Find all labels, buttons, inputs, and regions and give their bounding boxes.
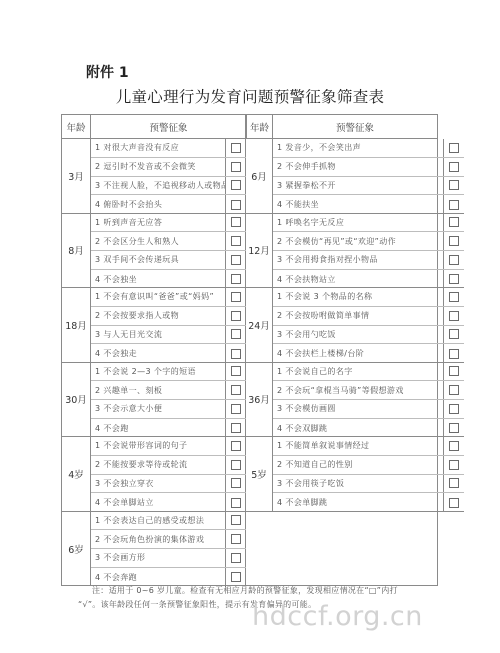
check-cell bbox=[226, 475, 246, 493]
check-cell bbox=[226, 307, 246, 325]
checkbox[interactable] bbox=[231, 515, 241, 525]
checkbox[interactable] bbox=[231, 255, 241, 265]
warning-sign-text: 4 俯卧时不会抬头 bbox=[91, 195, 226, 214]
age-group-left: 18月1 不会有意识叫“爸爸”或“妈妈”2 不会按要求指人或物3 与人无目光交流… bbox=[62, 288, 246, 363]
checkbox[interactable] bbox=[449, 217, 459, 227]
check-cell bbox=[226, 139, 246, 157]
check-cell bbox=[226, 493, 246, 512]
checkbox[interactable] bbox=[231, 349, 241, 359]
sign-row: 4 不会双脚跳 bbox=[273, 419, 464, 438]
checkbox[interactable] bbox=[449, 441, 459, 451]
sign-row: 2 不会模仿“再见”或“欢迎”动作 bbox=[273, 232, 464, 251]
age-label: 6岁 bbox=[62, 512, 91, 587]
warning-sign-text: 2 不会伸手抓物 bbox=[273, 158, 444, 176]
watermark: hdccf.org.cn bbox=[252, 601, 423, 632]
warning-sign-text: 1 对很大声音没有反应 bbox=[91, 139, 226, 157]
age-label: 18月 bbox=[62, 288, 91, 362]
check-cell bbox=[444, 307, 464, 325]
warning-sign-text: 3 不会模仿画圆 bbox=[273, 400, 444, 418]
checkbox[interactable] bbox=[449, 180, 459, 190]
warning-sign-text: 4 不能扶坐 bbox=[273, 195, 444, 214]
age-label: 36月 bbox=[246, 363, 273, 437]
sign-row: 1 不会说 3 个物品的名称 bbox=[273, 288, 464, 307]
warning-sign-text: 1 不会说 3 个物品的名称 bbox=[273, 288, 444, 306]
check-cell bbox=[226, 214, 246, 232]
checkbox[interactable] bbox=[449, 404, 459, 414]
sign-row: 2 不会玩“拿棍当马骑”等假想游戏 bbox=[273, 381, 464, 400]
warning-sign-text: 2 不会区分生人和熟人 bbox=[91, 232, 226, 250]
age-label: 6月 bbox=[246, 139, 273, 213]
warning-sign-text: 2 不知道自己的性别 bbox=[273, 456, 444, 474]
warning-sign-text: 1 不会说带形容词的句子 bbox=[91, 437, 226, 455]
check-cell bbox=[444, 177, 464, 195]
sign-row: 4 不会独走 bbox=[91, 344, 246, 363]
checkbox[interactable] bbox=[231, 200, 241, 210]
sign-row: 1 对很大声音没有反应 bbox=[91, 139, 246, 158]
checkbox[interactable] bbox=[449, 255, 459, 265]
page-title: 儿童心理行为发育问题预警征象筛查表 bbox=[0, 85, 500, 107]
age-group-right: 5岁1 不能简单叙说事情经过2 不知道自己的性别3 不会用筷子吃饭4 不会单脚跳 bbox=[246, 437, 464, 512]
sign-row: 3 双手间不会传递玩具 bbox=[91, 251, 246, 270]
warning-sign-text: 2 不会玩“拿棍当马骑”等假想游戏 bbox=[273, 381, 444, 399]
age-group-right: 24月1 不会说 3 个物品的名称2 不会按吩咐做简单事情3 不会用勺吃饭4 不… bbox=[246, 288, 464, 363]
checkbox[interactable] bbox=[231, 478, 241, 488]
age-group-left: 4岁1 不会说带形容词的句子2 不能按要求等待或轮流3 不会独立穿衣4 不会单脚… bbox=[62, 437, 246, 512]
checkbox[interactable] bbox=[449, 498, 459, 508]
sign-row: 2 不会区分生人和熟人 bbox=[91, 232, 246, 251]
age-group-right: 12月1 呼唤名字无反应2 不会模仿“再见”或“欢迎”动作3 不会用拇食指对捏小… bbox=[246, 214, 464, 289]
age-group-left: 3月1 对很大声音没有反应2 逗引时不发音或不会微笑3 不注视人脸，不追视移动人… bbox=[62, 139, 246, 214]
sign-row: 3 与人无目光交流 bbox=[91, 326, 246, 345]
age-label: 4岁 bbox=[62, 437, 91, 511]
checkbox[interactable] bbox=[231, 460, 241, 470]
age-group-left: 8月1 听到声音无应答2 不会区分生人和熟人3 双手间不会传递玩具4 不会独坐 bbox=[62, 214, 246, 289]
warning-sign-text: 4 不会单脚跳 bbox=[273, 493, 444, 512]
check-cell bbox=[444, 326, 464, 344]
age-label: 5岁 bbox=[246, 437, 273, 511]
check-cell bbox=[226, 177, 246, 195]
warning-sign-text: 4 不会跑 bbox=[91, 419, 226, 438]
warning-sign-text: 1 听到声音无应答 bbox=[91, 214, 226, 232]
warning-sign-text: 2 逗引时不发音或不会微笑 bbox=[91, 158, 226, 176]
check-cell bbox=[226, 400, 246, 418]
sign-row: 1 呼唤名字无反应 bbox=[273, 214, 464, 233]
checkbox[interactable] bbox=[231, 553, 241, 563]
checkbox[interactable] bbox=[231, 498, 241, 508]
check-cell bbox=[226, 288, 246, 306]
sign-row: 1 听到声音无应答 bbox=[91, 214, 246, 233]
sign-row: 1 不会有意识叫“爸爸”或“妈妈” bbox=[91, 288, 246, 307]
checkbox[interactable] bbox=[449, 329, 459, 339]
warning-sign-text: 1 不能简单叙说事情经过 bbox=[273, 437, 444, 455]
sign-row: 2 不会玩角色扮演的集体游戏 bbox=[91, 530, 246, 549]
warning-sign-text: 1 不会表达自己的感受或想法 bbox=[91, 512, 226, 530]
warning-sign-text: 4 不会扶栏上楼梯/台阶 bbox=[273, 344, 444, 363]
warning-sign-text: 4 不会独走 bbox=[91, 344, 226, 363]
warning-sign-text: 3 不会用拇食指对捏小物品 bbox=[273, 251, 444, 269]
check-cell bbox=[226, 232, 246, 250]
footnote-line-1: 注：适用于 0~6 岁儿童。检查有无相应月龄的预警征象，发现相应情况在“□”内打 bbox=[78, 584, 458, 598]
checkbox[interactable] bbox=[231, 423, 241, 433]
warning-sign-text: 2 不会按吩咐做简单事情 bbox=[273, 307, 444, 325]
checkbox[interactable] bbox=[231, 329, 241, 339]
checkbox[interactable] bbox=[231, 404, 241, 414]
sign-row: 1 不会说自己的名字 bbox=[273, 363, 464, 382]
check-cell bbox=[444, 363, 464, 381]
sign-row: 1 不会说 2—3 个字的短语 bbox=[91, 363, 246, 382]
warning-sign-text: 2 不会玩角色扮演的集体游戏 bbox=[91, 530, 226, 548]
sign-row: 4 俯卧时不会抬头 bbox=[91, 195, 246, 214]
warning-sign-text: 2 不能按要求等待或轮流 bbox=[91, 456, 226, 474]
sign-row: 3 不会用拇食指对捏小物品 bbox=[273, 251, 464, 270]
warning-sign-text: 3 双手间不会传递玩具 bbox=[91, 251, 226, 269]
check-cell bbox=[444, 158, 464, 176]
check-cell bbox=[226, 270, 246, 289]
sign-row: 3 不会示意大小便 bbox=[91, 400, 246, 419]
checkbox[interactable] bbox=[231, 441, 241, 451]
left-sign-header: 预警征象 bbox=[91, 115, 246, 139]
right-sign-header: 预警征象 bbox=[273, 115, 437, 139]
age-label: 30月 bbox=[62, 363, 91, 437]
age-label: 12月 bbox=[246, 214, 273, 288]
warning-sign-text: 4 不会扶物站立 bbox=[273, 270, 444, 289]
sign-row: 2 不能按要求等待或轮流 bbox=[91, 456, 246, 475]
sign-row: 2 不会伸手抓物 bbox=[273, 158, 464, 177]
check-cell bbox=[226, 512, 246, 530]
warning-sign-text: 2 不会按要求指人或物 bbox=[91, 307, 226, 325]
sign-row: 2 不知道自己的性别 bbox=[273, 456, 464, 475]
check-cell bbox=[444, 381, 464, 399]
check-cell bbox=[444, 195, 464, 214]
warning-sign-text: 4 不会单脚站立 bbox=[91, 493, 226, 512]
warning-sign-text: 2 不会模仿“再见”或“欢迎”动作 bbox=[273, 232, 444, 250]
sign-row: 3 不会画方形 bbox=[91, 549, 246, 568]
check-cell bbox=[226, 530, 246, 548]
checkbox[interactable] bbox=[449, 385, 459, 395]
check-cell bbox=[444, 288, 464, 306]
checkbox[interactable] bbox=[231, 311, 241, 321]
checkbox[interactable] bbox=[231, 217, 241, 227]
sign-row: 2 逗引时不发音或不会微笑 bbox=[91, 158, 246, 177]
checkbox[interactable] bbox=[449, 292, 459, 302]
warning-sign-text: 3 与人无目光交流 bbox=[91, 326, 226, 344]
sign-row: 4 不会扶物站立 bbox=[273, 270, 464, 289]
checkbox[interactable] bbox=[231, 572, 241, 582]
sign-row: 2 不会按要求指人或物 bbox=[91, 307, 246, 326]
checkbox[interactable] bbox=[449, 460, 459, 470]
checkbox[interactable] bbox=[449, 349, 459, 359]
checkbox[interactable] bbox=[449, 162, 459, 172]
warning-sign-text: 3 不会用勺吃饭 bbox=[273, 326, 444, 344]
warning-sign-text: 3 不会用筷子吃饭 bbox=[273, 475, 444, 493]
sign-row: 3 不会独立穿衣 bbox=[91, 475, 246, 494]
sign-row: 3 紧握拳松不开 bbox=[273, 177, 464, 196]
age-group-right: 6月1 发音少，不会笑出声2 不会伸手抓物3 紧握拳松不开4 不能扶坐 bbox=[246, 139, 464, 214]
attachment-label: 附件 1 bbox=[86, 62, 129, 82]
checkbox[interactable] bbox=[231, 366, 241, 376]
sign-row: 4 不会跑 bbox=[91, 419, 246, 438]
left-age-header: 年龄 bbox=[62, 115, 91, 139]
age-group-right: 36月1 不会说自己的名字2 不会玩“拿棍当马骑”等假想游戏3 不会模仿画圆4 … bbox=[246, 363, 464, 438]
sign-row: 2 不会按吩咐做简单事情 bbox=[273, 307, 464, 326]
warning-sign-text: 1 发音少，不会笑出声 bbox=[273, 139, 444, 157]
check-cell bbox=[444, 344, 464, 363]
warning-sign-text: 4 不会独坐 bbox=[91, 270, 226, 289]
checkbox[interactable] bbox=[231, 274, 241, 284]
sign-row: 3 不注视人脸，不追视移动人或物品 bbox=[91, 177, 246, 196]
check-cell bbox=[444, 400, 464, 418]
check-cell bbox=[226, 419, 246, 438]
check-cell bbox=[444, 251, 464, 269]
check-cell bbox=[226, 195, 246, 214]
sign-row: 3 不会模仿画圆 bbox=[273, 400, 464, 419]
check-cell bbox=[226, 456, 246, 474]
sign-row: 1 不会表达自己的感受或想法 bbox=[91, 512, 246, 531]
check-cell bbox=[444, 270, 464, 289]
sign-row: 2 兴趣单一、刻板 bbox=[91, 381, 246, 400]
check-cell bbox=[444, 232, 464, 250]
sign-row: 1 发音少，不会笑出声 bbox=[273, 139, 464, 158]
warning-sign-text: 3 不注视人脸，不追视移动人或物品 bbox=[91, 177, 226, 195]
checkbox[interactable] bbox=[449, 478, 459, 488]
checkbox[interactable] bbox=[231, 292, 241, 302]
age-label: 3月 bbox=[62, 139, 91, 213]
checkbox[interactable] bbox=[231, 143, 241, 153]
warning-sign-text: 1 呼唤名字无反应 bbox=[273, 214, 444, 232]
sign-row: 4 不会独坐 bbox=[91, 270, 246, 289]
age-group-left: 30月1 不会说 2—3 个字的短语2 兴趣单一、刻板3 不会示意大小便4 不会… bbox=[62, 363, 246, 438]
check-cell bbox=[226, 344, 246, 363]
screening-table: 年龄 预警征象 年龄 预警征象 3月1 对很大声音没有反应2 逗引时不发音或不会… bbox=[61, 114, 438, 586]
sign-row: 4 不会扶栏上楼梯/台阶 bbox=[273, 344, 464, 363]
checkbox[interactable] bbox=[449, 236, 459, 246]
checkbox[interactable] bbox=[449, 311, 459, 321]
warning-sign-text: 1 不会说 2—3 个字的短语 bbox=[91, 363, 226, 381]
check-cell bbox=[444, 214, 464, 232]
check-cell bbox=[444, 456, 464, 474]
right-age-header: 年龄 bbox=[246, 115, 273, 139]
checkbox[interactable] bbox=[231, 534, 241, 544]
warning-sign-text: 3 紧握拳松不开 bbox=[273, 177, 444, 195]
age-group-left: 6岁1 不会表达自己的感受或想法2 不会玩角色扮演的集体游戏3 不会画方形4 不… bbox=[62, 512, 246, 587]
checkbox[interactable] bbox=[449, 143, 459, 153]
check-cell bbox=[444, 493, 464, 512]
warning-sign-text: 1 不会说自己的名字 bbox=[273, 363, 444, 381]
sign-row: 1 不能简单叙说事情经过 bbox=[273, 437, 464, 456]
warning-sign-text: 3 不会独立穿衣 bbox=[91, 475, 226, 493]
checkbox[interactable] bbox=[449, 366, 459, 376]
age-label: 8月 bbox=[62, 214, 91, 288]
checkbox[interactable] bbox=[231, 236, 241, 246]
sign-row: 4 不会单脚站立 bbox=[91, 493, 246, 512]
check-cell bbox=[444, 139, 464, 157]
check-cell bbox=[226, 363, 246, 381]
warning-sign-text: 3 不会画方形 bbox=[91, 549, 226, 567]
sign-row: 3 不会用勺吃饭 bbox=[273, 326, 464, 345]
sign-row: 4 不能扶坐 bbox=[273, 195, 464, 214]
checkbox[interactable] bbox=[231, 162, 241, 172]
check-cell bbox=[226, 437, 246, 455]
sign-row: 1 不会说带形容词的句子 bbox=[91, 437, 246, 456]
checkbox[interactable] bbox=[449, 423, 459, 433]
check-cell bbox=[444, 419, 464, 438]
check-cell bbox=[226, 251, 246, 269]
check-cell bbox=[444, 475, 464, 493]
check-cell bbox=[444, 437, 464, 455]
sign-row: 4 不会单脚跳 bbox=[273, 493, 464, 512]
check-cell bbox=[226, 381, 246, 399]
age-label: 24月 bbox=[246, 288, 273, 362]
sign-row: 3 不会用筷子吃饭 bbox=[273, 475, 464, 494]
warning-sign-text: 2 兴趣单一、刻板 bbox=[91, 381, 226, 399]
checkbox[interactable] bbox=[231, 180, 241, 190]
warning-sign-text: 3 不会示意大小便 bbox=[91, 400, 226, 418]
check-cell bbox=[226, 158, 246, 176]
warning-sign-text: 1 不会有意识叫“爸爸”或“妈妈” bbox=[91, 288, 226, 306]
checkbox[interactable] bbox=[449, 274, 459, 284]
checkbox[interactable] bbox=[231, 385, 241, 395]
warning-sign-text: 4 不会双脚跳 bbox=[273, 419, 444, 438]
check-cell bbox=[226, 326, 246, 344]
check-cell bbox=[226, 549, 246, 567]
checkbox[interactable] bbox=[449, 200, 459, 210]
